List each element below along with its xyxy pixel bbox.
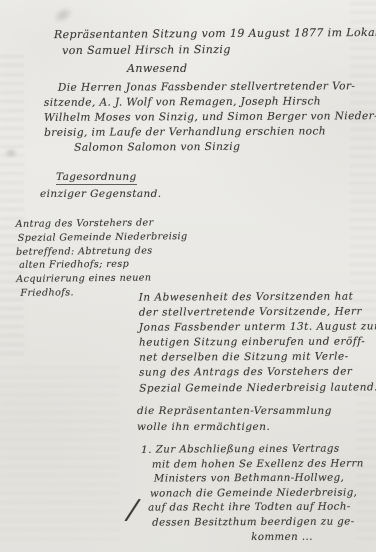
handwritten-line: Zur Abschließung eines Vertrags [156,442,364,458]
bleedthrough-left-lower [0,360,120,540]
handwritten-line: dessen Besitzthum beerdigen zu ge- [152,515,364,531]
agenda-paragraph: Antrag des Vorstehers der Spezial Gemein… [16,216,189,301]
document-title: Repräsentanten Sitzung vom 19 August 187… [54,25,376,59]
handwritten-line: Ministers von Bethmann-Hollweg, [154,472,364,488]
ink-smudge-top-left [50,3,76,26]
ink-smudge-left [4,148,18,158]
attendees-paragraph: Die Herren Jonas Fassbender stellvertret… [44,79,376,156]
list-item-1: Zur Abschließung eines Vertrags mit dem … [156,442,364,545]
title-line: von Samuel Hirsch in Sinzig [62,41,376,59]
handwritten-line: breisig, im Laufe der Verhandlung erschi… [44,124,376,141]
title-line: Repräsentanten Sitzung vom 19 August 187… [54,25,376,43]
handwritten-line: auf das Recht ihre Todten auf Hoch- [148,501,364,517]
agenda-heading: Tagesordnung [56,171,137,183]
bleedthrough-left-upper [0,55,24,355]
minutes-paragraph-1: In Abwesenheit des Vorsitzenden hat der … [139,289,376,396]
handwritten-line: Spezial Gemeinde Niederbreisig [18,230,188,246]
handwritten-line: der stellvertretende Vorsitzende, Herr [139,304,376,320]
handwritten-line: sitzende, A. J. Wolf von Remagen, Joseph… [44,94,376,111]
handwritten-line: kommen ... [251,530,364,545]
agenda-subheading: einziger Gegenstand. [40,188,162,200]
present-heading: Anwesend [127,62,187,75]
scanned-document-page: { "document": { "ink_color": "#3d3b36", … [0,0,376,552]
handwritten-line: wolle ihn ermächtigen. [137,419,332,435]
minutes-paragraph-2: die Repräsentanten-Versammlung wolle ihn… [137,403,332,435]
handwritten-line: die Repräsentanten-Versammlung [137,403,332,419]
handwritten-line: net derselben die Sitzung mit Verle- [139,350,376,366]
list-item-number: 1. [141,444,152,456]
handwritten-line: sung des Antrags des Vorstehers der [139,365,376,381]
handwritten-line: wonach die Gemeinde Niederbreisig, [150,486,364,502]
agenda-heading-text: Tagesordnung [56,171,137,185]
handwritten-line: heutigen Sitzung einberufen und eröff- [139,335,376,351]
handwritten-line: In Abwesenheit des Vorsitzenden hat [139,289,376,305]
handwritten-line: Salomon Salomon von Sinzig [74,139,376,156]
handwritten-line: Spezial Gemeinde Niederbreisig lautend. [139,380,376,396]
handwritten-line: Wilhelm Moses von Sinzig, und Simon Berg… [44,109,376,126]
handwritten-line: mit dem hohen Se Exellenz des Herrn [152,457,364,473]
handwritten-line: Die Herren Jonas Fassbender stellvertret… [58,79,376,96]
margin-mark: / [126,493,139,527]
handwritten-line: Jonas Fassbender unterm 13t. August zur [139,320,376,336]
